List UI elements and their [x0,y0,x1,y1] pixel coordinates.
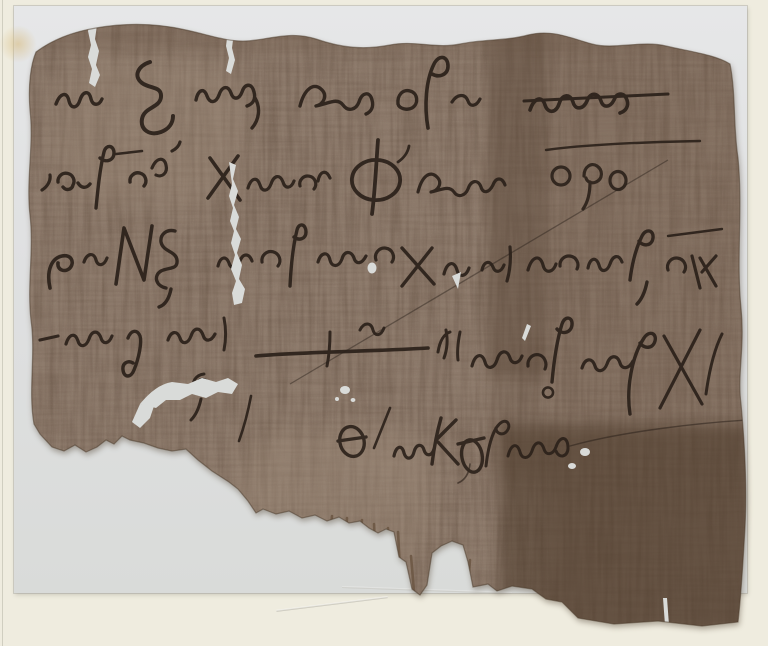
worm-hole [351,398,356,402]
dark-bottom-right [500,425,752,635]
worm-hole [580,448,590,456]
light-patch [55,55,245,205]
scan-background: { "alt_text": "Scanned fragment of brown… [0,0,768,646]
worm-hole [335,397,339,401]
fiber [345,518,347,556]
worm-hole [368,263,377,274]
worm-hole [417,34,423,38]
papyrus-fragment [20,16,766,638]
fiber [386,528,388,592]
papyrus-photo [0,0,768,646]
scan-area [0,0,768,646]
worm-hole [568,463,576,469]
stain-band [488,20,548,375]
ink-stroke [224,318,226,350]
worm-hole [340,386,350,394]
